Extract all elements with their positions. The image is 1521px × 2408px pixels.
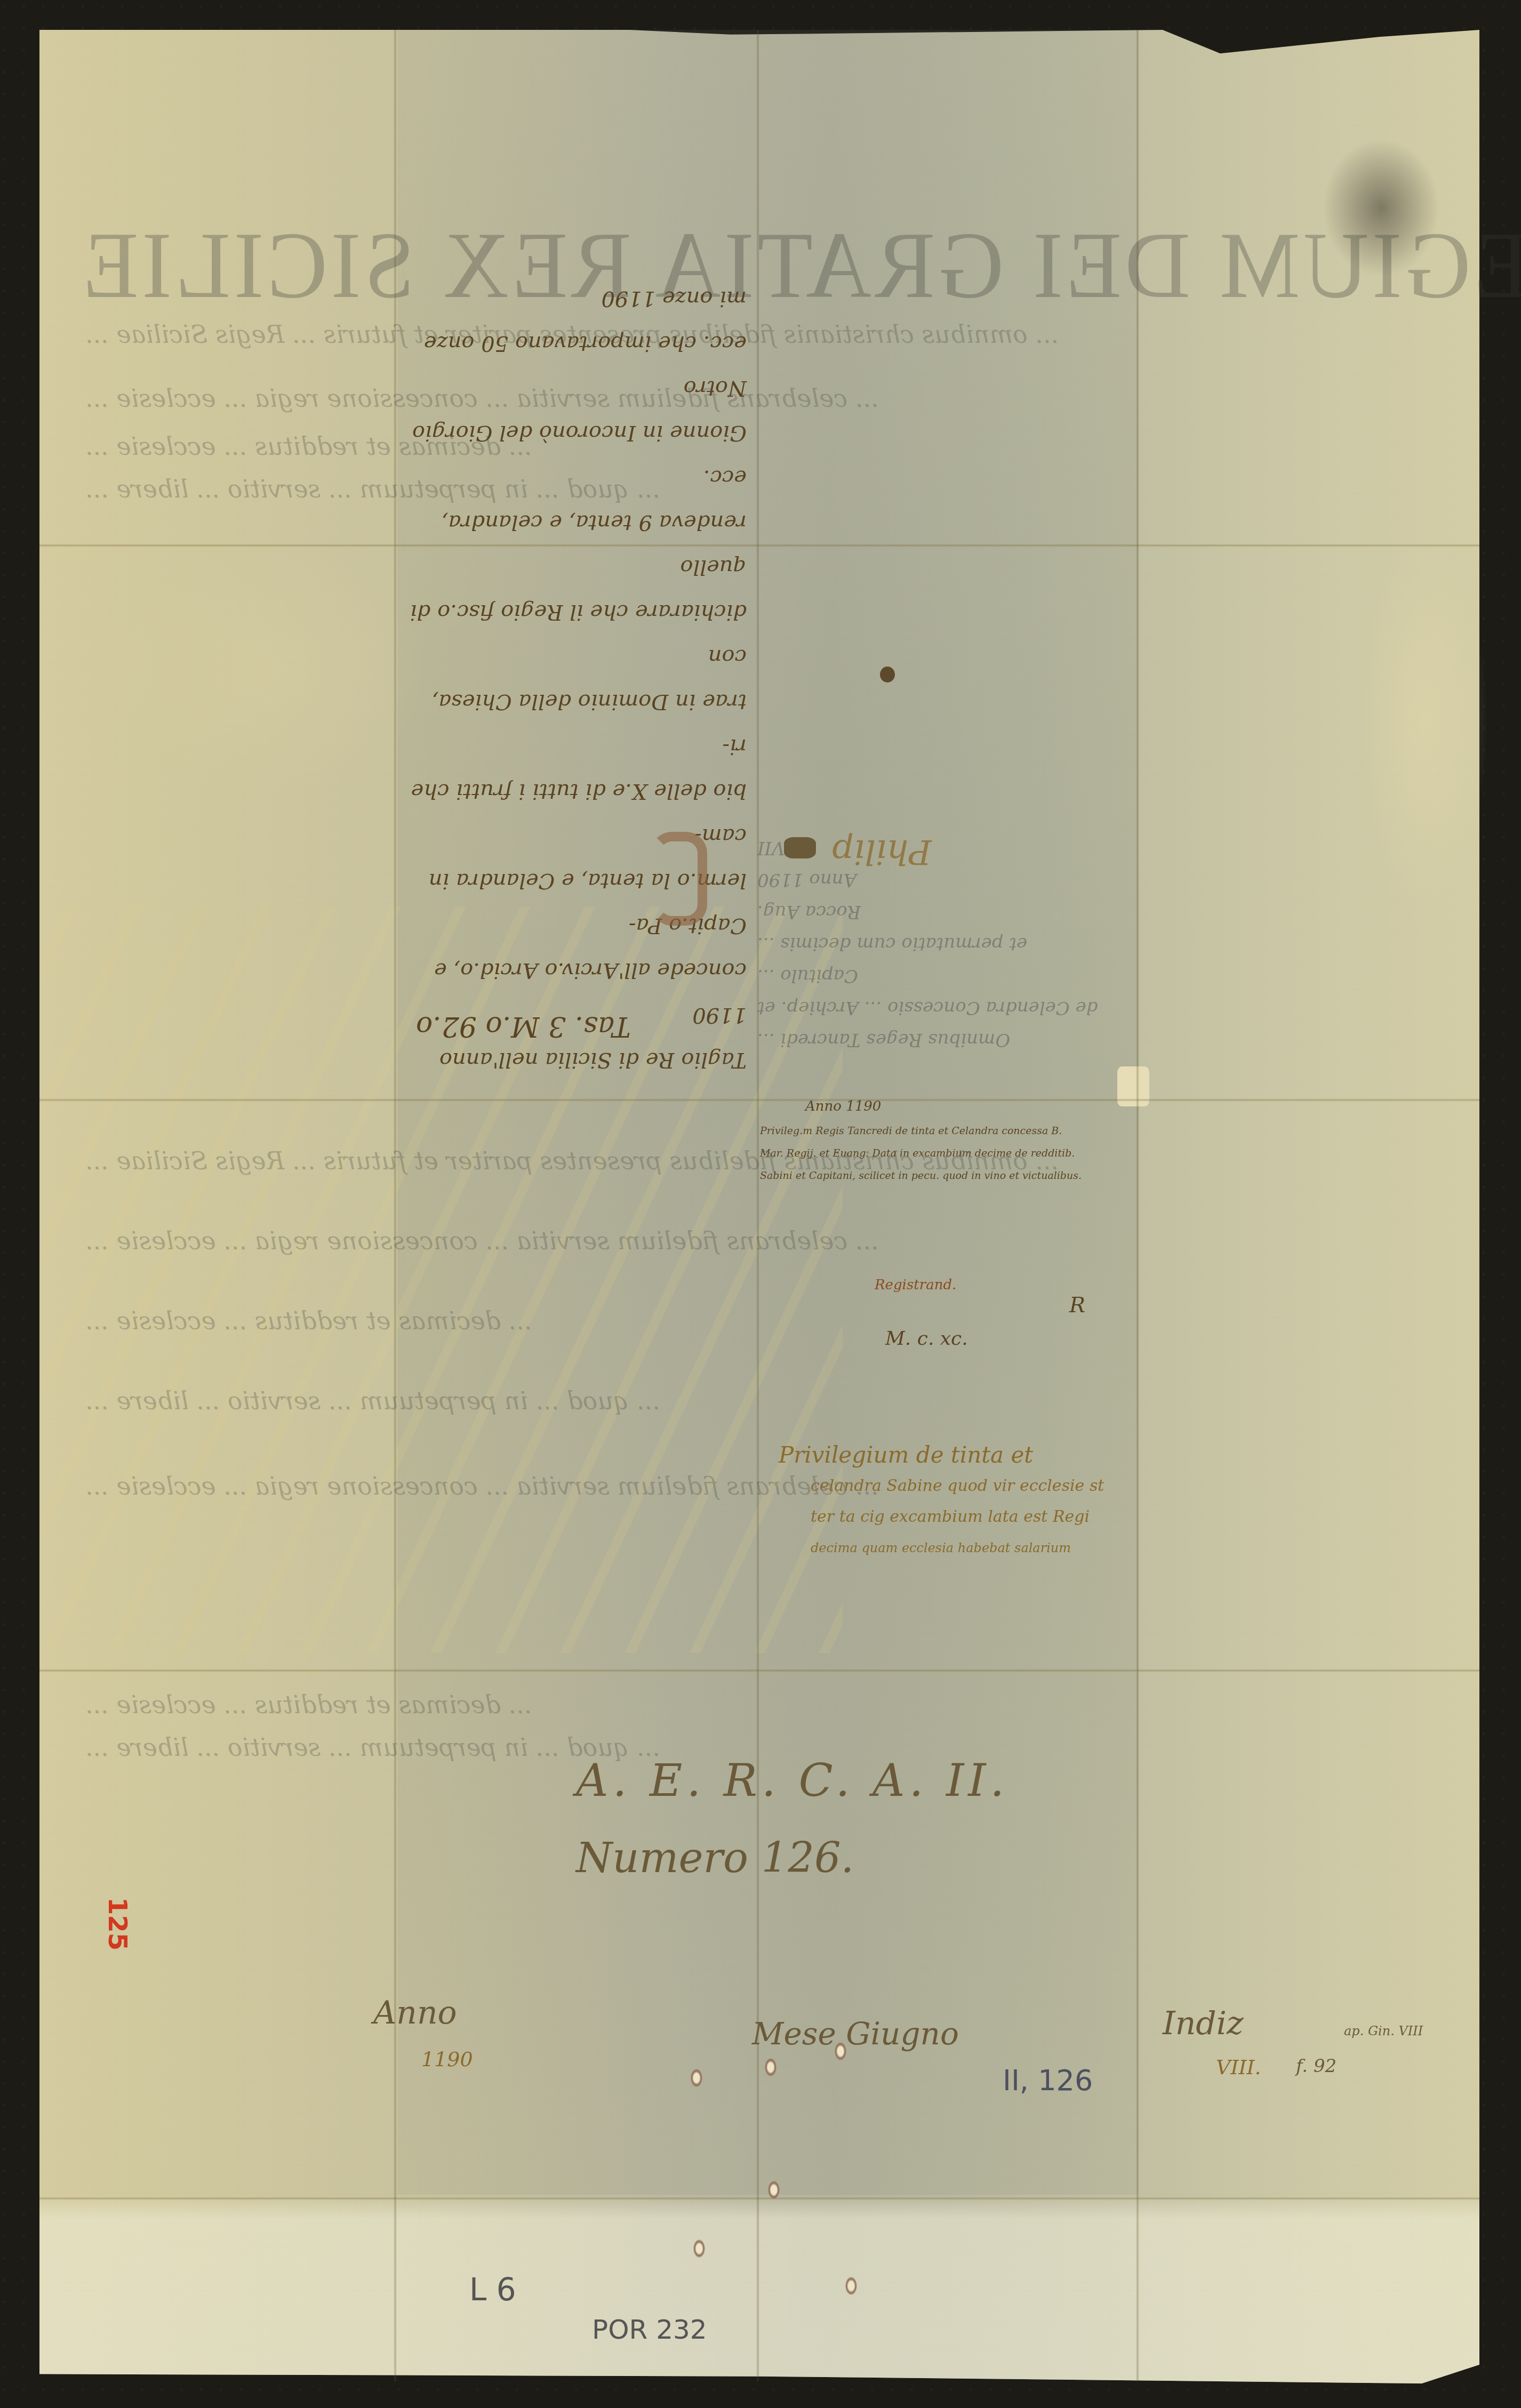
note-line: ecc. che importavano 50 onze — [405, 321, 747, 366]
show-through-line: ... decimas et redditus ... ecclesie ... — [85, 1306, 532, 1335]
seal-hole — [693, 2240, 705, 2258]
faded-upside-annotation: Omnibus Reges Tancredi ... de Celendra C… — [757, 832, 1141, 1056]
privilegium-note: Privilegium de tinta et celandra Sabine … — [779, 1440, 1152, 1563]
fold-line-horizontal — [39, 1098, 1479, 1102]
note-line: concede all'Arciv.o Arcid.o, e Capit.o P… — [405, 903, 747, 993]
privilegium-line: decima quam ecclesia habebat salarium — [779, 1532, 1152, 1563]
pencil-shelfmark: II, 126 — [1003, 2064, 1093, 2097]
anno-value: 1190 — [421, 2048, 473, 2071]
note-line: Gionne in Incoronò del Giorgio Notro — [405, 366, 747, 455]
year-siglum: M. c. xc. — [885, 1328, 968, 1350]
fold-line-horizontal — [39, 2197, 1479, 2200]
faded-line: Omnibus Reges Tancredi ... — [757, 1024, 1141, 1056]
inverted-signature: Tas. 3 M.o 92.o — [416, 1010, 631, 1042]
note-line: bio delle X.e di tutti i frutti che ri- — [405, 724, 747, 814]
registration-mark: R — [1069, 1293, 1085, 1318]
mese-label: Mese Giugno — [752, 2016, 959, 2052]
privilegium-line: Privilegium de tinta et — [779, 1440, 1152, 1471]
fold-line-vertical — [1136, 30, 1139, 2381]
seal-hole — [845, 2277, 857, 2295]
show-through-title: PRIVILEGIUM DEI GRATIA REX SICILIE — [80, 211, 1521, 320]
seal-hole — [691, 2069, 702, 2087]
anno-summary: Privileg.m Regis Tancredi de tinta et Ce… — [760, 1120, 1144, 1187]
fold-line-horizontal — [39, 1669, 1479, 1672]
faded-line: Anno 1190 — [757, 864, 1141, 896]
faded-line: et permutatio cum decimis ... — [757, 928, 1141, 960]
note-line: mi onze 1190 — [405, 276, 747, 321]
privilegium-line: ter ta cig excambium lata est Regi — [779, 1502, 1152, 1532]
note-line: trae in Dominio della Chiesa, con — [405, 635, 747, 724]
anno-label: Anno — [373, 1994, 457, 2032]
show-through-line: ... decimas et redditus ... ecclesie ... — [85, 1690, 532, 1719]
seal-hole — [765, 2058, 776, 2076]
seal-hole — [768, 2181, 780, 2199]
anno-line: Mar. Regij. et Euang. Data in excambium … — [760, 1142, 1144, 1165]
pencil-note-right: POR 232 — [592, 2314, 707, 2345]
anno-heading: Anno 1190 — [805, 1098, 881, 1114]
archive-fondo-label: A. E. R. C. A. II. — [576, 1754, 1008, 1807]
anno-line: Sabini et Capitani, scilicet in pecu. qu… — [760, 1165, 1144, 1187]
folio-ref: f. 92 — [1296, 2056, 1336, 2077]
side-note: ap. Gin. VIII — [1344, 2024, 1423, 2038]
note-line: rendeva 9 tenta, e celandra, ecc. — [405, 455, 747, 545]
red-stamp-number: 125 — [102, 1897, 132, 1951]
note-line: lerm.o la tenta, e Celandra in cam- — [405, 814, 747, 903]
registration-note: Registrand. — [875, 1277, 956, 1293]
privilegium-line: celandra Sabine quod vir ecclesie st — [779, 1471, 1152, 1502]
note-line: dichiarare che il Regio fisc.o di quello — [405, 545, 747, 635]
pencil-note-left: L 6 — [469, 2271, 516, 2308]
faded-line: Rocca Aug. — [757, 896, 1141, 928]
archive-number-label: Numero 126. — [576, 1834, 854, 1882]
show-through-line: ... quod ... in perpetuum ... servitio .… — [85, 1386, 660, 1415]
show-through-line: ... celebrans fidelium servitia ... conc… — [85, 1226, 879, 1255]
anno-line: Privileg.m Regis Tancredi de tinta et Ce… — [760, 1120, 1144, 1142]
faded-line: de Celendra Concessio ... Archiep. et Ca… — [757, 960, 1141, 1024]
fold-line-horizontal — [39, 544, 1479, 547]
show-through-line: ... quod ... in perpetuum ... servitio .… — [85, 1733, 660, 1762]
indiz-value: VIII. — [1216, 2056, 1261, 2079]
show-through-line: ... celebrans fidelium servitia ... conc… — [85, 1472, 879, 1500]
faded-line: VII — [757, 832, 1141, 864]
indiz-label: Indiz — [1163, 2005, 1244, 2042]
